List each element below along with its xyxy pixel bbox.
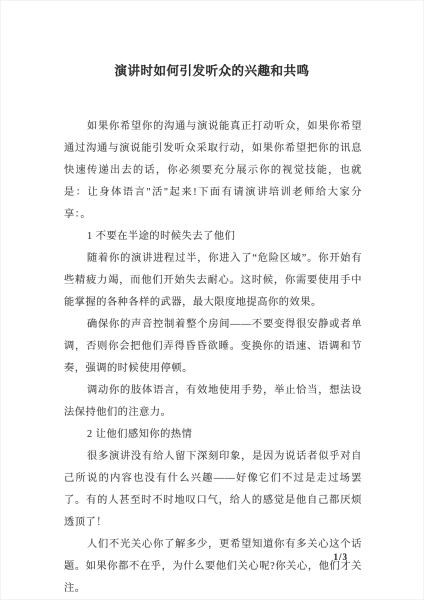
page-number-indicator: 1/3 xyxy=(333,552,348,562)
document-body: 如果你希望你的沟通与演说能真正打动听众，如果你希望通过沟通与演说能引发听众采取行… xyxy=(64,116,362,600)
paragraph: 如果你希望你的沟通与演说能真正打动听众，如果你希望通过沟通与演说能引发听众采取行… xyxy=(64,116,362,226)
paragraph: 随着你的演讲进程过半，你进入了“危险区域”。你开始有些精疲力竭，而他们开始失去耐… xyxy=(64,248,362,314)
section-heading: 2 让他们感知你的热情 xyxy=(64,424,362,446)
section-heading: 1 不要在半途的时候失去了他们 xyxy=(64,226,362,248)
paragraph: 人们不光关心你了解多少，更希望知道你有多关心这个话题。如果你都不在乎，为什么要他… xyxy=(64,534,362,600)
document-title: 演讲时如何引发听众的兴趣和共鸣 xyxy=(0,64,424,79)
document-page: 演讲时如何引发听众的兴趣和共鸣 如果你希望你的沟通与演说能真正打动听众，如果你希… xyxy=(0,0,424,600)
paragraph: 调动你的肢体语言，有效地使用手势，举止恰当，想法设法保持他们的注意力。 xyxy=(64,380,362,424)
paragraph: 确保你的声音控制着整个房间——不要变得很安静或者单调，否则你会把他们弄得昏昏欲睡… xyxy=(64,314,362,380)
paragraph: 很多演讲没有给人留下深刻印象，是因为说话者似乎对自己所说的内容也没有什么兴趣——… xyxy=(64,446,362,534)
